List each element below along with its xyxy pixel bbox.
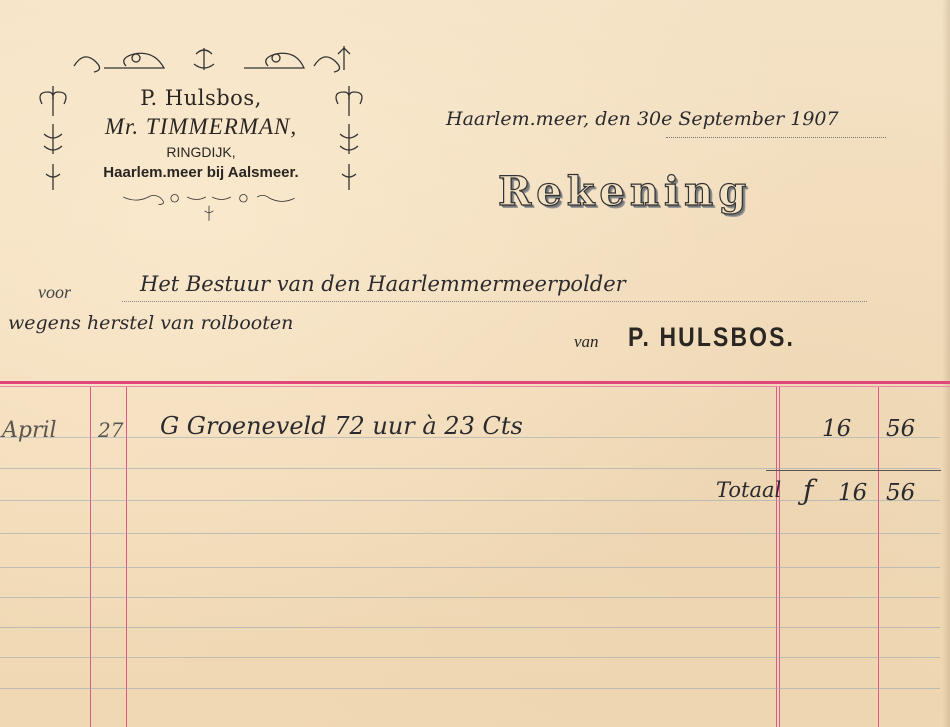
ledger-column-rule [776,387,777,727]
entry-day: 27 [98,418,123,442]
scrollwork-ornament-icon [332,84,366,194]
ledger-row-line [0,500,940,501]
invoice-page: P. Hulsbos, Mr. TIMMERMAN, RINGDIJK, Haa… [0,0,950,727]
entry-cents: 56 [886,416,915,442]
ledger-row-line [0,597,940,598]
guilder-symbol: ƒ [803,474,813,507]
ledger-row-line [0,657,940,658]
ledger-column-rule [878,387,879,727]
scrollwork-ornament-icon [64,192,354,222]
from-name: P. HULSBOS. [628,322,795,353]
date-dotted-line [666,137,886,138]
total-underline [766,470,941,471]
letterhead-street: RINGDIJK, [70,144,332,160]
addressee-line-2: wegens herstel van rolbooten [8,312,293,334]
addressee-line-1: Het Bestuur van den Haarlemmermeerpolder [140,272,626,296]
paper-edge [942,0,950,727]
document-title: Rekening [498,168,751,215]
scrollwork-ornament-icon [36,84,70,194]
ledger-top-rule-secondary [0,386,950,387]
ledger-column-rule [126,387,127,727]
letterhead-name: P. Hulsbos, [70,86,332,110]
ledger-row-line [0,567,940,568]
scrollwork-ornament-icon [64,44,354,74]
van-label: van [574,332,599,352]
place-date: Haarlem.meer, den 30e September 1907 [446,108,839,130]
voor-label: voor [38,282,71,303]
ledger-row-line [0,688,940,689]
total-cents: 56 [886,480,915,506]
letterhead-place: Haarlem.meer bij Aalsmeer. [70,164,332,181]
letterhead: P. Hulsbos, Mr. TIMMERMAN, RINGDIJK, Haa… [34,42,362,242]
ledger-row-line [0,533,940,534]
ledger-column-rule [779,387,780,727]
ledger-row-line [0,627,940,628]
letterhead-trade: Mr. TIMMERMAN, [70,114,332,140]
total-guilders: 16 [838,480,867,506]
entry-description: G Groeneveld 72 uur à 23 Cts [160,412,523,440]
ledger-row-line [0,468,940,469]
entry-guilders: 16 [822,416,851,442]
total-label: Totaal [716,478,781,502]
ledger-top-rule [0,381,950,384]
ledger-column-rule [90,387,91,727]
entry-month: April [2,418,57,443]
voor-dotted-line [122,301,867,302]
